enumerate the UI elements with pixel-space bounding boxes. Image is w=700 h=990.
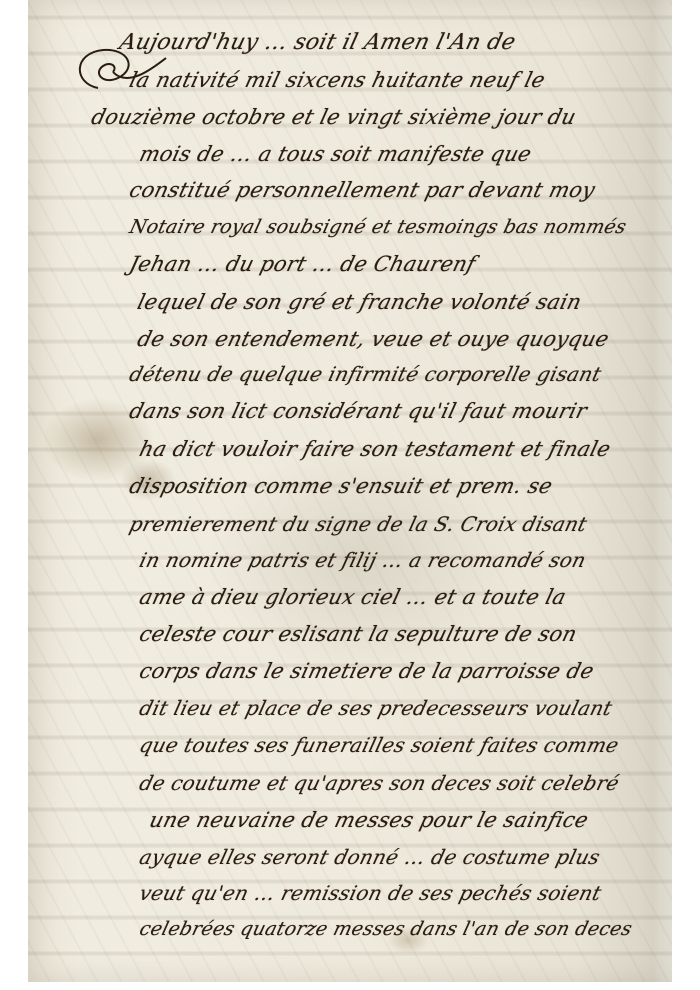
manuscript-line: que toutes ses funerailles soient faites… — [137, 733, 621, 757]
manuscript-line: celeste cour eslisant la sepulture de so… — [137, 622, 579, 646]
manuscript-line: mois de … a tous soit manifeste que — [137, 142, 534, 166]
manuscript-line: ayque elles seront donné … de costume pl… — [137, 845, 603, 869]
manuscript-line: veut qu'en … remission de ses pechés soi… — [137, 881, 604, 905]
manuscript-line: lequel de son gré et franche volonté sai… — [135, 290, 584, 314]
manuscript-line: Aujourd'huy … soit il Amen l'An de — [117, 30, 518, 55]
manuscript-line: corps dans le simetiere de la parroisse … — [137, 659, 596, 683]
manuscript-line: la nativité mil sixcens huitante neuf le — [127, 68, 548, 92]
manuscript-line: détenu de quelque infirmité corporelle g… — [127, 362, 604, 386]
manuscript-line: constitué personnellement par devant moy — [127, 178, 598, 202]
manuscript-line: disposition comme s'ensuit et prem. se — [127, 474, 555, 498]
manuscript-text: Aujourd'huy … soit il Amen l'An de la na… — [28, 0, 672, 982]
manuscript-line: Notaire royal soubsigné et tesmoings bas… — [127, 216, 628, 238]
manuscript-line: de son entendement, veue et ouye quoyque — [135, 327, 611, 351]
manuscript-line: dans son lict considérant qu'il faut mou… — [127, 399, 590, 423]
manuscript-line: celebrées quatorze messes dans l'an de s… — [137, 918, 634, 940]
manuscript-line: dit lieu et place de ses predecesseurs v… — [137, 696, 615, 720]
manuscript-line: Jehan … du port … de Chaurenf — [127, 252, 478, 276]
manuscript-line: ame à dieu glorieux ciel … et a toute la — [137, 585, 569, 609]
manuscript-line: in nomine patris et filij … a recomandé … — [137, 548, 589, 572]
manuscript-page: Aujourd'huy … soit il Amen l'An de la na… — [28, 0, 672, 982]
manuscript-line: de coutume et qu'apres son deces soit ce… — [137, 771, 622, 795]
manuscript-line: premierement du signe de la S. Croix dis… — [127, 512, 590, 536]
manuscript-line: douzième octobre et le vingt sixième jou… — [89, 105, 579, 129]
manuscript-line: une neuvaine de messes pour le sainfice — [147, 808, 591, 832]
manuscript-line: ha dict vouloir faire son testament et f… — [137, 437, 613, 461]
